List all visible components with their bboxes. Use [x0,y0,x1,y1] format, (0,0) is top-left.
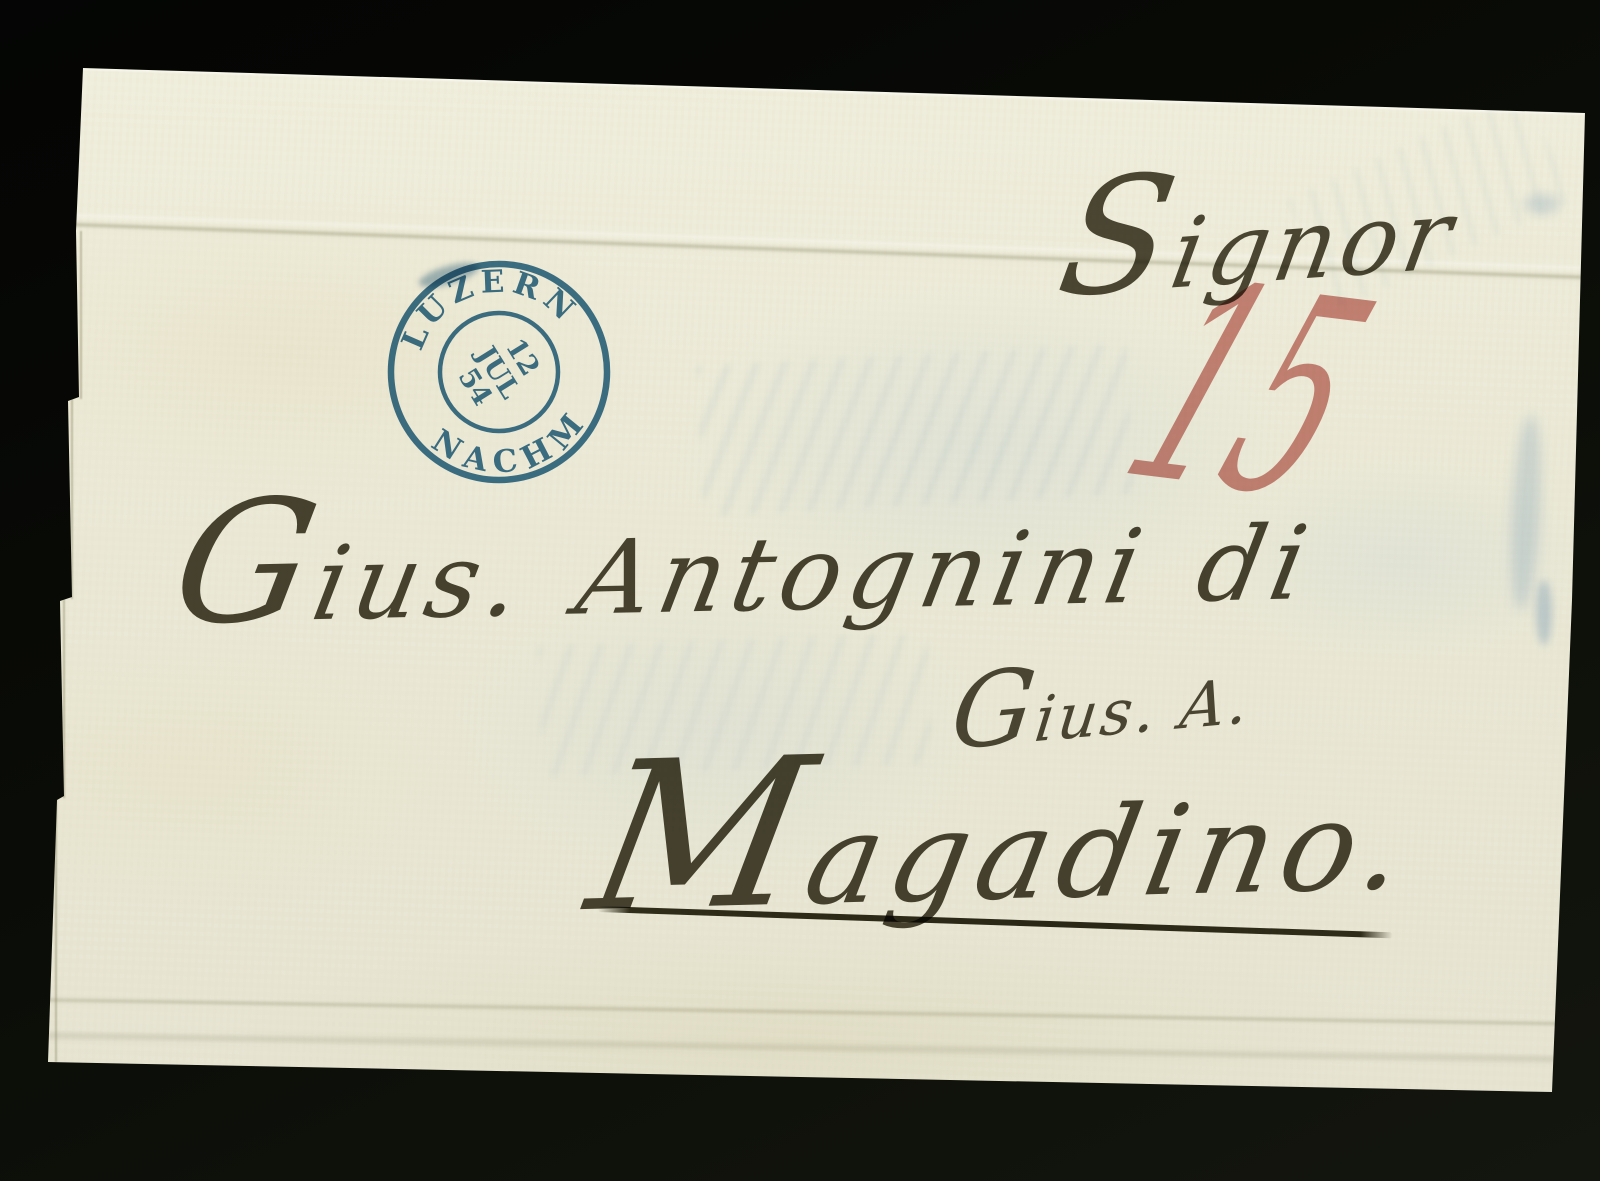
stamp-town-text: LUZERN [384,256,589,360]
destination-script: Magadino. [577,715,1434,942]
left-edge-fold-step [63,599,65,798]
postmark-stamp: LUZERN NACHM 12 JUL 54 [383,256,615,488]
left-edge-fold-step [55,798,57,1062]
left-edge-fold-step [71,399,73,599]
photo-background: LUZERN NACHM 12 JUL 54 Signor Gius. Anto… [0,0,1600,1181]
left-edge-fold-step [80,231,82,399]
stamp-town-arc: LUZERN [384,256,589,360]
folded-letter: LUZERN NACHM 12 JUL 54 Signor Gius. Anto… [0,0,1600,1181]
